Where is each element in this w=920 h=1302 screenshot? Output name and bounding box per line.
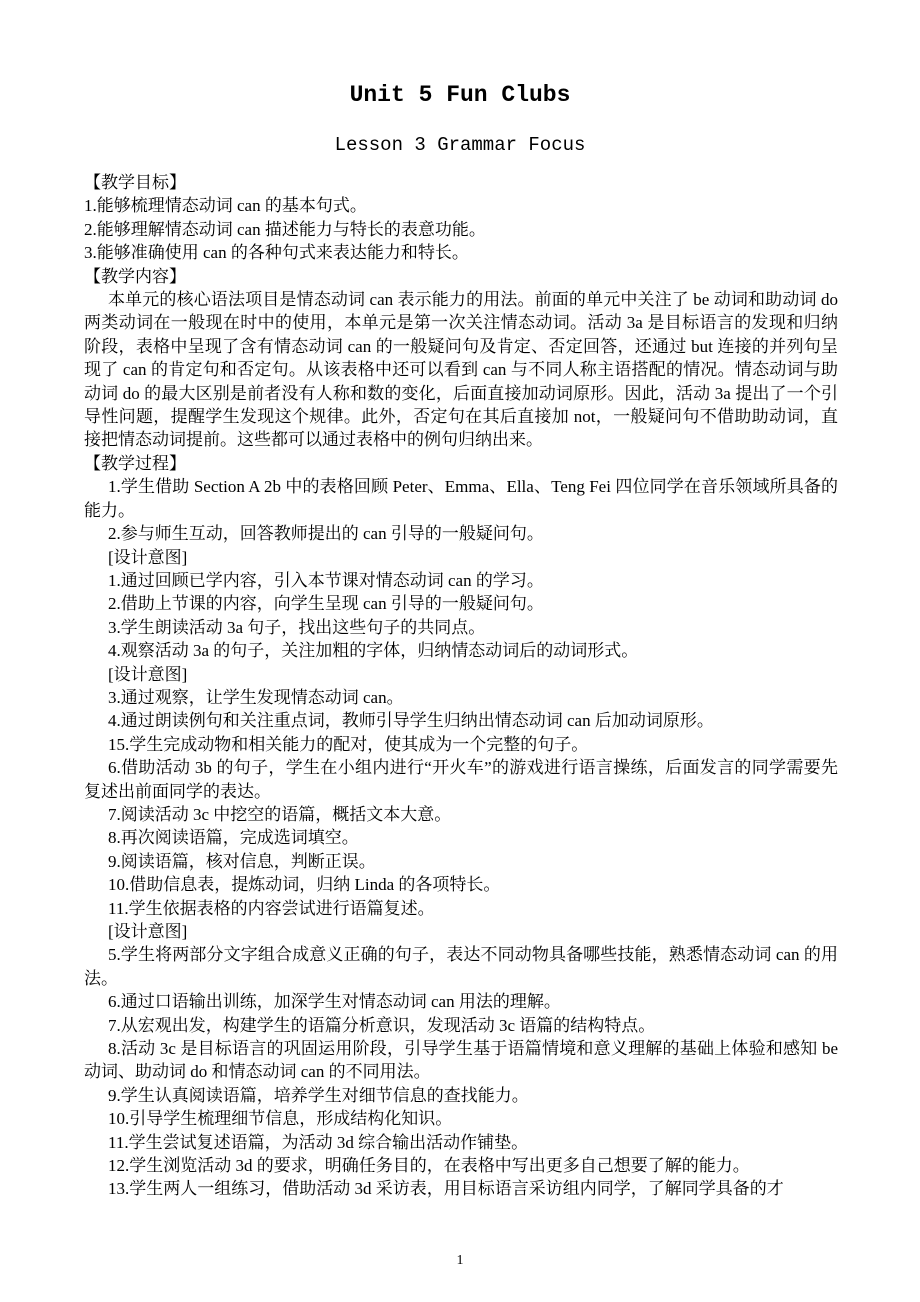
page-number: 1 (0, 1254, 920, 1268)
paragraph: 12.学生浏览活动 3d 的要求，明确任务目的，在表格中写出更多自己想要了解的能… (84, 1154, 838, 1177)
paragraph: [设计意图] (84, 920, 838, 943)
section-header: 【教学过程】 (84, 452, 838, 475)
paragraph: 6.借助活动 3b 的句子，学生在小组内进行“开火车”的游戏进行语言操练，后面发… (84, 756, 838, 803)
section-header: 【教学目标】 (84, 171, 838, 194)
paragraph: 9.阅读语篇，核对信息，判断正误。 (84, 850, 838, 873)
paragraph: 8.再次阅读语篇，完成选词填空。 (84, 826, 838, 849)
paragraph: 3.能够准确使用 can 的各种句式来表达能力和特长。 (84, 241, 838, 264)
document-body: 【教学目标】1.能够梳理情态动词 can 的基本句式。2.能够理解情态动词 ca… (84, 171, 838, 1201)
paragraph: 4.通过朗读例句和关注重点词，教师引导学生归纳出情态动词 can 后加动词原形。 (84, 709, 838, 732)
paragraph: 6.通过口语输出训练，加深学生对情态动词 can 用法的理解。 (84, 990, 838, 1013)
paragraph: 1.学生借助 Section A 2b 中的表格回顾 Peter、Emma、El… (84, 475, 838, 522)
paragraph: 10.引导学生梳理细节信息，形成结构化知识。 (84, 1107, 838, 1130)
paragraph: [设计意图] (84, 663, 838, 686)
document-page: Unit 5 Fun Clubs Lesson 3 Grammar Focus … (0, 0, 920, 1302)
paragraph: 2.参与师生互动，回答教师提出的 can 引导的一般疑问句。 (84, 522, 838, 545)
document-title: Unit 5 Fun Clubs (0, 84, 920, 107)
paragraph: 7.从宏观出发，构建学生的语篇分析意识，发现活动 3c 语篇的结构特点。 (84, 1014, 838, 1037)
document-subtitle: Lesson 3 Grammar Focus (0, 136, 920, 155)
paragraph: 3.学生朗读活动 3a 句子，找出这些句子的共同点。 (84, 616, 838, 639)
paragraph: 11.学生依据表格的内容尝试进行语篇复述。 (84, 897, 838, 920)
paragraph: 1.通过回顾已学内容，引入本节课对情态动词 can 的学习。 (84, 569, 838, 592)
paragraph: 4.观察活动 3a 的句子，关注加粗的字体，归纳情态动词后的动词形式。 (84, 639, 838, 662)
paragraph: 3.通过观察，让学生发现情态动词 can。 (84, 686, 838, 709)
paragraph: 本单元的核心语法项目是情态动词 can 表示能力的用法。前面的单元中关注了 be… (84, 288, 838, 452)
paragraph: 13.学生两人一组练习，借助活动 3d 采访表，用目标语言采访组内同学，了解同学… (84, 1177, 838, 1200)
paragraph: 15.学生完成动物和相关能力的配对，使其成为一个完整的句子。 (84, 733, 838, 756)
paragraph: 2.借助上节课的内容，向学生呈现 can 引导的一般疑问句。 (84, 592, 838, 615)
paragraph: 8.活动 3c 是目标语言的巩固运用阶段，引导学生基于语篇情境和意义理解的基础上… (84, 1037, 838, 1084)
section-header: 【教学内容】 (84, 265, 838, 288)
paragraph: 5.学生将两部分文字组合成意义正确的句子，表达不同动物具备哪些技能，熟悉情态动词… (84, 943, 838, 990)
paragraph: 1.能够梳理情态动词 can 的基本句式。 (84, 194, 838, 217)
paragraph: 7.阅读活动 3c 中挖空的语篇，概括文本大意。 (84, 803, 838, 826)
paragraph: 11.学生尝试复述语篇，为活动 3d 综合输出活动作铺垫。 (84, 1131, 838, 1154)
paragraph: 9.学生认真阅读语篇，培养学生对细节信息的查找能力。 (84, 1084, 838, 1107)
paragraph: 2.能够理解情态动词 can 描述能力与特长的表意功能。 (84, 218, 838, 241)
paragraph: 10.借助信息表，提炼动词，归纳 Linda 的各项特长。 (84, 873, 838, 896)
paragraph: [设计意图] (84, 546, 838, 569)
